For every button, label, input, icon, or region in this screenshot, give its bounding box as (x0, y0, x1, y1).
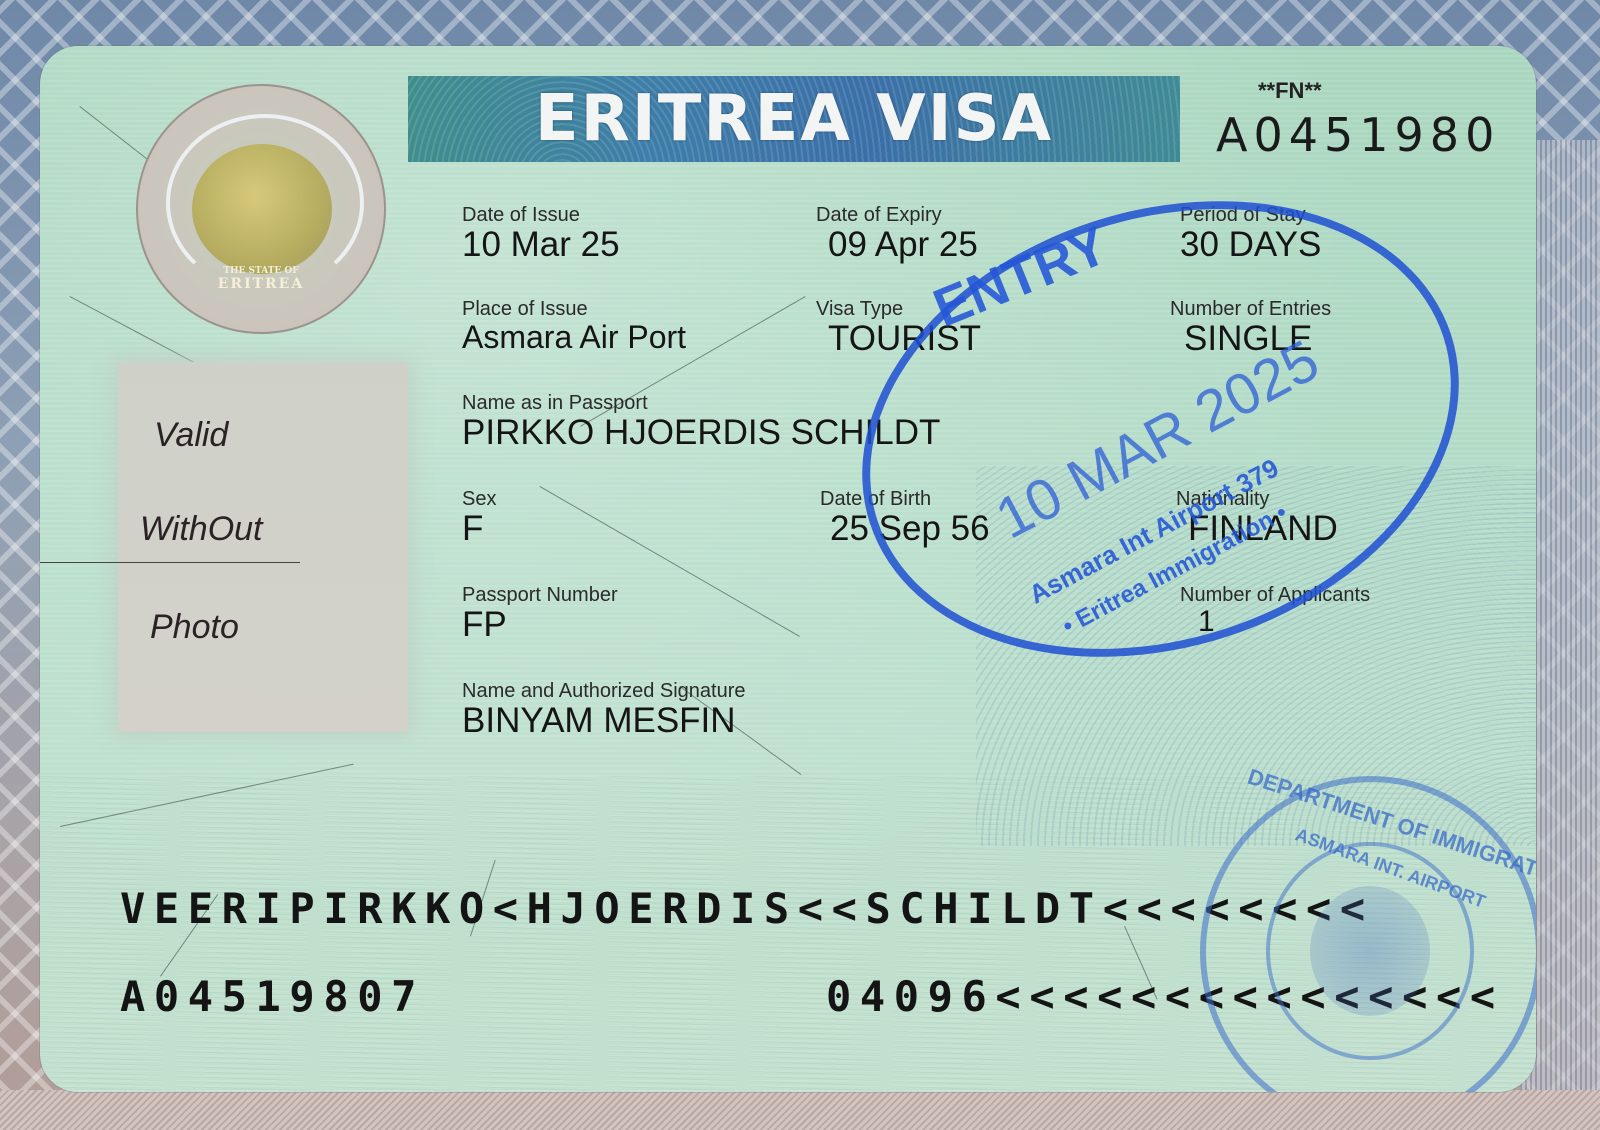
field-label: Date of Birth (820, 488, 990, 511)
file-number: A0451980 (1216, 108, 1500, 162)
field-date-of-birth: Date of Birth 25 Sep 56 (820, 488, 990, 549)
field-passport-number: Passport Number FP (462, 584, 618, 645)
field-value: BINYAM MESFIN (462, 701, 746, 741)
visa-banner: ERITREA VISA (408, 76, 1180, 162)
field-value: Asmara Air Port (462, 319, 686, 356)
seal-name: ERITREA (136, 276, 386, 292)
field-date-of-expiry: Date of Expiry 09 Apr 25 (816, 204, 978, 265)
field-value: 10 Mar 25 (462, 225, 620, 265)
field-label: Passport Number (462, 584, 618, 607)
mrz-line-2-remainder: 04096<<<<<<<<<<<<<<< (826, 972, 1504, 1021)
field-number-of-applicants: Number of Applicants 1 (1180, 584, 1370, 639)
visa-sticker: THE STATE OF ERITREA ERITREA VISA **FN**… (40, 46, 1536, 1092)
field-value: FP (462, 605, 618, 645)
photo-notice-photo: Photo (150, 608, 239, 647)
field-label: Name and Authorized Signature (462, 680, 746, 703)
national-emblem-icon (192, 144, 332, 274)
photo-divider (40, 562, 300, 563)
field-value: PIRKKO HJOERDIS SCHILDT (462, 413, 940, 453)
mrz-line-1: VEERIPIRKKO<HJOERDIS<<SCHILDT<<<<<<<< (120, 884, 1374, 933)
field-label: Sex (462, 488, 496, 511)
hologram-seal: THE STATE OF ERITREA (136, 84, 386, 334)
visa-title: ERITREA VISA (535, 82, 1053, 156)
mrz-zone (40, 776, 1536, 1092)
field-label: Place of Issue (462, 298, 686, 321)
passport-page-background-bottom (0, 1090, 1600, 1130)
field-value: 25 Sep 56 (830, 509, 990, 549)
field-label: Number of Applicants (1180, 584, 1370, 607)
field-period-of-stay: Period of Stay 30 DAYS (1180, 204, 1321, 265)
field-authorized-signature: Name and Authorized Signature BINYAM MES… (462, 680, 746, 741)
photo-notice-valid: Valid (154, 416, 228, 455)
mrz-line-2-document-number: A04519807 (120, 972, 425, 1021)
field-value: F (462, 509, 496, 549)
seal-subtitle: THE STATE OF (136, 266, 386, 276)
field-place-of-issue: Place of Issue Asmara Air Port (462, 298, 686, 356)
field-label: Number of Entries (1170, 298, 1331, 321)
file-number-label: **FN** (1258, 78, 1322, 104)
field-label: Period of Stay (1180, 204, 1321, 227)
field-value: 09 Apr 25 (828, 225, 978, 265)
field-value: 1 (1198, 605, 1370, 639)
field-name: Name as in Passport PIRKKO HJOERDIS SCHI… (462, 392, 940, 453)
field-value: 30 DAYS (1180, 225, 1321, 265)
field-sex: Sex F (462, 488, 496, 549)
field-label: Date of Issue (462, 204, 620, 227)
field-label: Name as in Passport (462, 392, 940, 415)
photo-notice-without: WithOut (140, 510, 263, 549)
field-date-of-issue: Date of Issue 10 Mar 25 (462, 204, 620, 265)
field-label: Date of Expiry (816, 204, 978, 227)
